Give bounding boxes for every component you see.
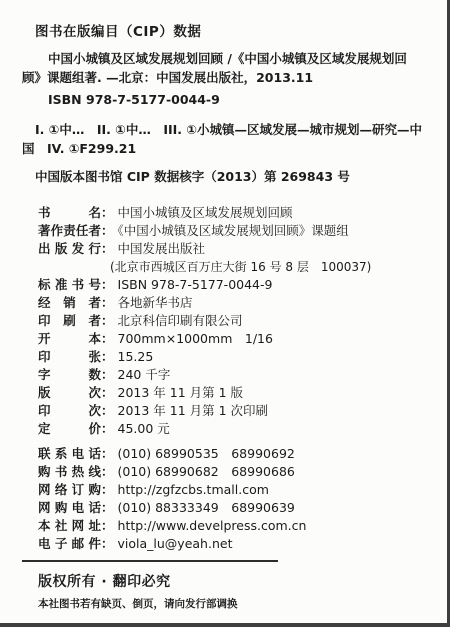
info-row: 定价：45.00 元 — [22, 420, 423, 438]
info-row-value: http://zgfzcbs.tmall.com — [114, 482, 269, 497]
info-row: 联系电话：(010) 68990535 68990692 — [22, 445, 423, 463]
info-row: 购书热线：(010) 68990682 68990686 — [22, 463, 423, 481]
info-row-value: 中国发展出版社 — [114, 241, 206, 256]
cip-header: 图书在版编目（CIP）数据 — [35, 20, 423, 40]
info-row: 印次：2013 年 11 月第 1 次印刷 — [22, 402, 423, 420]
info-row-label: 出版发行 — [38, 240, 101, 258]
info-row-colon: ： — [101, 536, 114, 551]
copyright-notice: 版权所有 · 翻印必究 — [38, 571, 423, 591]
info-row-colon: ： — [101, 295, 114, 310]
info-row: 字数：240 千字 — [22, 366, 423, 384]
page-content: 图书在版编目（CIP）数据 中国小城镇及区域发展规划回顾 /《中国小城镇及区域发… — [0, 0, 447, 611]
info-row-value: http://www.develpress.com.cn — [114, 518, 307, 533]
info-row: 印张：15.25 — [22, 348, 423, 366]
info-row: 网购电话：(010) 88333349 68990639 — [22, 499, 423, 517]
info-row: 网络订购：http://zgfzcbs.tmall.com — [22, 481, 423, 499]
info-row-value: 《中国小城镇及区域发展规划回顾》课题组 — [114, 223, 349, 238]
info-row: 本社网址：http://www.develpress.com.cn — [22, 517, 423, 535]
info-row-value: 2013 年 11 月第 1 版 — [114, 385, 244, 400]
info-row-value: (010) 68990682 68990686 — [114, 464, 295, 479]
info-row-label: 开本 — [38, 330, 101, 348]
info-row-value: 700mm×1000mm 1/16 — [114, 331, 273, 346]
cip-isbn: ISBN 978-7-5177-0044-9 — [22, 90, 423, 109]
book-copyright-page: 图书在版编目（CIP）数据 中国小城镇及区域发展规划回顾 /《中国小城镇及区域发… — [0, 0, 450, 627]
info-row-value: 15.25 — [114, 349, 154, 364]
info-row-colon: ： — [101, 500, 114, 515]
info-row-value: 2013 年 11 月第 1 次印刷 — [114, 403, 269, 418]
info-row-label: 网络订购 — [38, 481, 101, 499]
info-row-label: 印刷者 — [38, 312, 101, 330]
publication-info-block: 书名：中国小城镇及区域发展规划回顾 著作责任者：《中国小城镇及区域发展规划回顾》… — [22, 204, 423, 438]
info-row: 经销者：各地新华书店 — [22, 294, 423, 312]
info-row-colon: ： — [101, 367, 114, 382]
info-row-colon: ： — [101, 482, 114, 497]
info-row-colon: ： — [101, 385, 114, 400]
info-row-label: 网购电话 — [38, 499, 101, 517]
info-row-colon: ： — [101, 518, 114, 533]
info-row-label: 标准书号 — [38, 276, 101, 294]
info-row-colon: ： — [101, 205, 114, 220]
info-row-value: 240 千字 — [114, 367, 171, 382]
info-row-colon: ： — [101, 313, 114, 328]
info-row-label: 版次 — [38, 384, 101, 402]
contact-info-block: 联系电话：(010) 68990535 68990692 购书热线：(010) … — [22, 445, 423, 553]
divider-line — [22, 560, 278, 562]
info-row-label: 书名 — [38, 204, 101, 222]
info-row-colon: ： — [101, 446, 114, 461]
info-row: 著作责任者：《中国小城镇及区域发展规划回顾》课题组 — [22, 222, 423, 240]
replacement-note: 本社图书若有缺页、倒页，请向发行部调换 — [38, 596, 423, 611]
info-row: 开本：700mm×1000mm 1/16 — [22, 330, 423, 348]
info-row-label: 经销者 — [38, 294, 101, 312]
cip-registry: 中国版本图书馆 CIP 数据核字（2013）第 269843 号 — [22, 167, 423, 186]
info-row-value: 北京科信印刷有限公司 — [114, 313, 243, 328]
info-row-colon: ： — [101, 223, 114, 238]
info-row: 书名：中国小城镇及区域发展规划回顾 — [22, 204, 423, 222]
info-row-label: 电子邮件 — [38, 535, 101, 553]
info-row-value: 45.00 元 — [114, 421, 170, 436]
info-row-label: 购书热线 — [38, 463, 101, 481]
info-row-value: (010) 88333349 68990639 — [114, 500, 295, 515]
info-row: 出版发行：中国发展出版社 — [22, 240, 423, 258]
cip-classification: I. ①中… II. ①中… III. ①小城镇—区域发展—城市规划—研究—中国… — [22, 120, 423, 158]
info-row-value: 各地新华书店 — [114, 295, 193, 310]
info-row: 版次：2013 年 11 月第 1 版 — [22, 384, 423, 402]
info-row-value: ISBN 978-7-5177-0044-9 — [114, 277, 273, 292]
info-row-label: 印张 — [38, 348, 101, 366]
info-row-label: 联系电话 — [38, 445, 101, 463]
info-row-colon: ： — [101, 403, 114, 418]
info-row-colon: ： — [101, 277, 114, 292]
info-row-label: 印次 — [38, 402, 101, 420]
info-row-value: 中国小城镇及区域发展规划回顾 — [114, 205, 293, 220]
info-row-label: 定价 — [38, 420, 101, 438]
info-row-value: viola_lu@yeah.net — [114, 536, 233, 551]
info-row-note: (北京市西城区百万庄大街 16 号 8 层 100037) — [110, 258, 423, 276]
info-row-label: 字数 — [38, 366, 101, 384]
info-row-colon: ： — [101, 241, 114, 256]
info-row: 标准书号：ISBN 978-7-5177-0044-9 — [22, 276, 423, 294]
info-row-colon: ： — [101, 349, 114, 364]
info-row-colon: ： — [101, 331, 114, 346]
info-row-label: 著作责任者 — [38, 222, 101, 240]
info-row-label: 本社网址 — [38, 517, 101, 535]
cip-record: 中国小城镇及区域发展规划回顾 /《中国小城镇及区域发展规划回顾》课题组著. —北… — [22, 49, 423, 87]
info-row-colon: ： — [101, 421, 114, 436]
info-row: 印刷者：北京科信印刷有限公司 — [22, 312, 423, 330]
info-row-value: (010) 68990535 68990692 — [114, 446, 295, 461]
info-row: 电子邮件：viola_lu@yeah.net — [22, 535, 423, 553]
info-row-colon: ： — [101, 464, 114, 479]
